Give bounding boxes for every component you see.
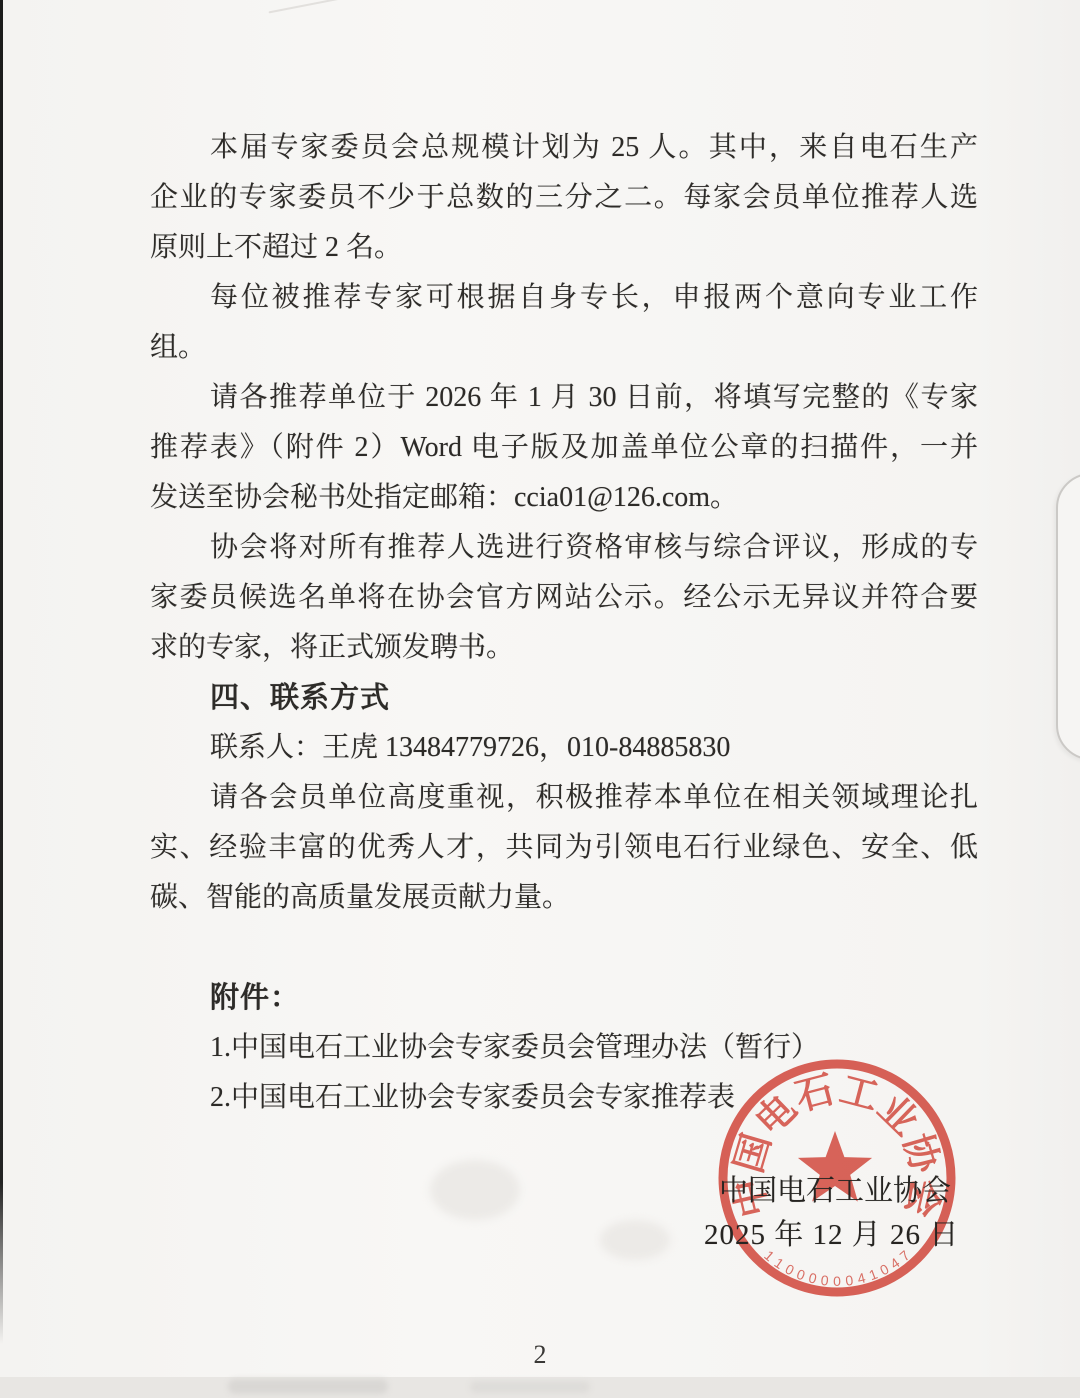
scan-smudge bbox=[430, 1160, 520, 1220]
document-line: 碳、智能的高质量发展贡献力量。 bbox=[150, 873, 978, 923]
document-line: 联系人：王虎 13484779726，010-84885830 bbox=[150, 723, 978, 773]
document-line: 推荐表》（附件 2）Word 电子版及加盖单位公章的扫描件，一并 bbox=[150, 423, 978, 473]
scan-edge-shadow bbox=[0, 0, 3, 1344]
signature-org: 中国电石工业协会 bbox=[719, 1168, 951, 1209]
svg-text:0: 0 bbox=[783, 1261, 797, 1279]
scan-smudge bbox=[470, 1381, 590, 1393]
document-line: 实、经验丰富的优秀人才，共同为引领电石行业绿色、安全、低 bbox=[150, 823, 978, 873]
page-number: 2 bbox=[0, 1340, 1080, 1370]
svg-text:1: 1 bbox=[867, 1266, 880, 1284]
document-line: 企业的专家委员不少于总数的三分之二。每家会员单位推荐人选 bbox=[150, 173, 978, 223]
document-line: 附件： bbox=[150, 973, 978, 1023]
document-line: 组。 bbox=[150, 323, 978, 373]
svg-text:0: 0 bbox=[844, 1272, 854, 1289]
signature-date: 2025 年 12 月 26 日 bbox=[704, 1212, 959, 1253]
document-line: 每位被推荐专家可根据自身专长，申报两个意向专业工作 bbox=[150, 273, 978, 323]
svg-text:0: 0 bbox=[807, 1269, 819, 1286]
document-line bbox=[150, 923, 978, 973]
svg-text:0: 0 bbox=[833, 1273, 841, 1289]
document-line: 原则上不超过 2 名。 bbox=[150, 223, 978, 273]
scan-smudge bbox=[228, 1379, 388, 1394]
edge-panel-handle[interactable] bbox=[1056, 473, 1080, 760]
svg-text:0: 0 bbox=[820, 1272, 830, 1289]
document-line: 协会将对所有推荐人选进行资格审核与综合评议，形成的专 bbox=[150, 523, 978, 573]
scanned-document-page: 本届专家委员会总规模计划为 25 人。其中，来自电石生产企业的专家委员不少于总数… bbox=[0, 0, 1080, 1398]
scan-smudge bbox=[600, 1220, 670, 1260]
document-line: 发送至协会秘书处指定邮箱：ccia01@126.com。 bbox=[150, 473, 978, 523]
document-line: 本届专家委员会总规模计划为 25 人。其中，来自电石生产 bbox=[150, 123, 978, 173]
page-fold-line bbox=[269, 0, 346, 13]
svg-text:0: 0 bbox=[794, 1266, 807, 1284]
document-body: 本届专家委员会总规模计划为 25 人。其中，来自电石生产企业的专家委员不少于总数… bbox=[150, 123, 978, 1123]
document-line: 请各推荐单位于 2026 年 1 月 30 日前，将填写完整的《专家 bbox=[150, 373, 978, 423]
document-line: 请各会员单位高度重视，积极推荐本单位在相关领域理论扎 bbox=[150, 773, 978, 823]
svg-text:4: 4 bbox=[856, 1269, 868, 1286]
document-line: 家委员候选名单将在协会官方网站公示。经公示无异议并符合要 bbox=[150, 573, 978, 623]
document-line: 求的专家，将正式颁发聘书。 bbox=[150, 623, 978, 673]
document-line: 四、联系方式 bbox=[150, 673, 978, 723]
